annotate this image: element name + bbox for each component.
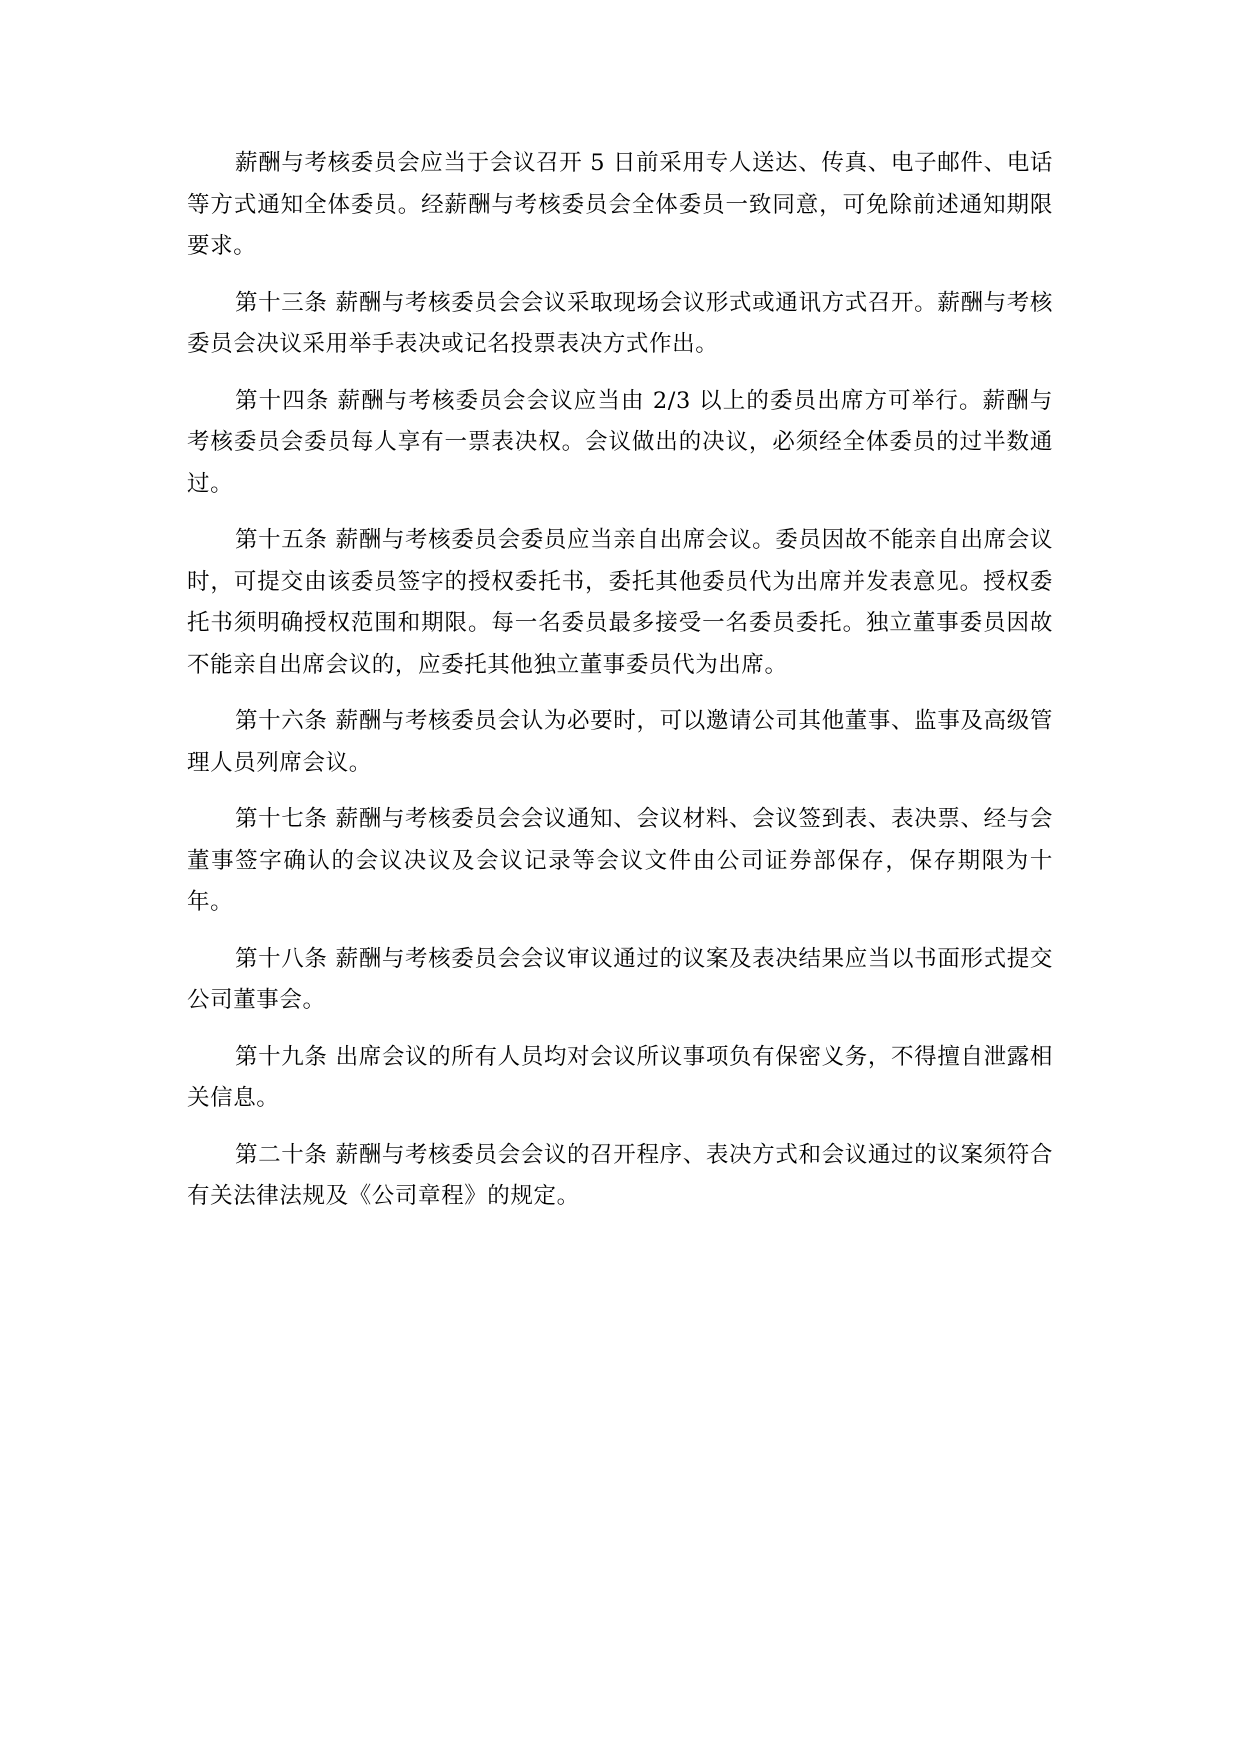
article-number: 第十八条 [235, 946, 328, 972]
paragraph-text: 薪酬与考核委员会应当于会议召开 5 日前采用专人送达、传真、电子邮件、电话等方式… [187, 150, 1053, 259]
article-number: 第十三条 [235, 290, 328, 316]
article-14: 第十四条薪酬与考核委员会会议应当由 2/3 以上的委员出席方可举行。薪酬与考核委… [187, 381, 1053, 506]
article-20: 第二十条薪酬与考核委员会会议的召开程序、表决方式和会议通过的议案须符合有关法律法… [187, 1135, 1053, 1218]
article-number: 第十六条 [235, 708, 328, 734]
document-page: 薪酬与考核委员会应当于会议召开 5 日前采用专人送达、传真、电子邮件、电话等方式… [187, 143, 1053, 1233]
article-number: 第十九条 [235, 1044, 328, 1070]
article-19: 第十九条出席会议的所有人员均对会议所议事项负有保密义务，不得擅自泄露相关信息。 [187, 1037, 1053, 1120]
article-number: 第十七条 [235, 806, 328, 832]
article-18: 第十八条薪酬与考核委员会会议审议通过的议案及表决结果应当以书面形式提交公司董事会… [187, 939, 1053, 1022]
article-number: 第十五条 [235, 527, 328, 553]
article-number: 第二十条 [235, 1142, 328, 1168]
article-number: 第十四条 [235, 388, 330, 414]
article-15: 第十五条薪酬与考核委员会委员应当亲自出席会议。委员因故不能亲自出席会议时，可提交… [187, 520, 1053, 686]
article-17: 第十七条薪酬与考核委员会会议通知、会议材料、会议签到表、表决票、经与会董事签字确… [187, 799, 1053, 924]
paragraph-notice-continuation: 薪酬与考核委员会应当于会议召开 5 日前采用专人送达、传真、电子邮件、电话等方式… [187, 143, 1053, 268]
article-13: 第十三条薪酬与考核委员会会议采取现场会议形式或通讯方式召开。薪酬与考核委员会决议… [187, 283, 1053, 366]
article-16: 第十六条薪酬与考核委员会认为必要时，可以邀请公司其他董事、监事及高级管理人员列席… [187, 701, 1053, 784]
